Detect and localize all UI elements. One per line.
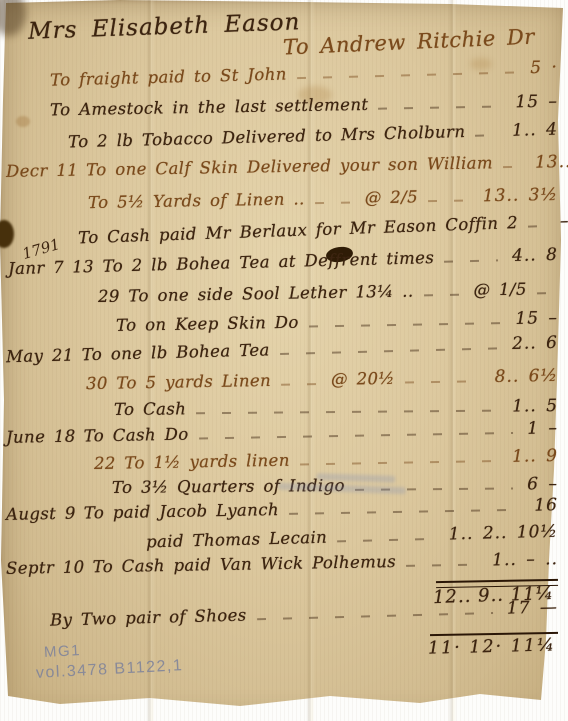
entry-amount: 5 · — [530, 57, 558, 78]
dash-leader — [196, 410, 498, 415]
entry-price: @ 1/5 — [473, 280, 527, 300]
entry-amount: 1.. 2.. 10½ — [449, 522, 559, 545]
ledger-row: To Cash 1.. 5 — [114, 396, 558, 420]
entry-text: To Cash paid Van Wick Polhemus — [92, 552, 396, 576]
credit-text: By Two pair of Shoes — [50, 606, 247, 630]
entry-amount: 8.. 6½ — [494, 366, 558, 387]
entry-amount: 13.. 3½ — [483, 185, 558, 206]
dash-leader — [378, 106, 501, 110]
entry-text: To paid Jacob Lyanch — [84, 500, 279, 522]
dash-leader — [199, 432, 514, 439]
entry-date: Janr 7 — [8, 258, 65, 278]
entry-amount: 1.. 9 — [512, 446, 558, 467]
entry-price: @ 20½ — [331, 369, 395, 389]
entry-amount: 1.. – .. — [492, 549, 558, 570]
entry-date: May 21 — [6, 345, 74, 366]
entry-text: 30 To 5 yards Linen — [86, 371, 271, 393]
archival-collection-note: MG1 — [44, 642, 82, 661]
entry-amount: 4.. 8 — [512, 245, 558, 266]
dash-leader — [309, 322, 502, 327]
entry-text: To one lb Bohea Tea — [82, 340, 270, 364]
credit-amount: 17 — — [507, 597, 559, 618]
dash-leader — [537, 292, 555, 294]
stamp-mark — [278, 483, 406, 494]
entry-text: 22 To 1½ yards linen — [94, 451, 290, 473]
entry-amount: 2.. 6 — [512, 333, 558, 354]
entry-text: To Cash — [114, 399, 186, 419]
dash-leader — [503, 166, 521, 168]
entry-date: June 18 — [6, 427, 76, 447]
dash-leader — [315, 201, 355, 204]
dash-leader — [444, 259, 498, 262]
dash-leader — [297, 71, 517, 79]
entry-amount: 1.. 5 — [512, 396, 558, 416]
entry-amount: 6 – — [527, 474, 558, 494]
entry-amount: 15 – — [515, 92, 558, 113]
ink-stamp-showthrough — [275, 468, 408, 511]
entry-price: @ 2/5 — [365, 187, 419, 207]
dash-leader — [406, 564, 478, 567]
entry-date: Decr 11 — [6, 161, 78, 181]
entry-amount: 1 – — [527, 418, 558, 439]
entry-date: Augst 9 — [6, 504, 76, 524]
dash-leader — [337, 538, 435, 543]
manuscript-scan: Mrs Elisabeth Eason To Andrew Ritchie Dr… — [0, 0, 568, 721]
entry-amount: – – — [560, 211, 568, 232]
dash-leader — [475, 134, 498, 137]
entry-text: To Cash Do — [84, 425, 189, 446]
stamp-mark — [316, 473, 395, 483]
entry-amount: 1.. 4 — [512, 120, 558, 141]
dash-leader — [424, 294, 464, 297]
entry-amount: 13.. 6 — [535, 152, 568, 173]
entry-text: 29 To one side Sool Lether 13¼ .. — [98, 282, 414, 307]
dash-leader — [281, 383, 321, 386]
entry-text: To on Keep Skin Do — [116, 313, 299, 335]
entry-date: Septr 10 — [6, 557, 85, 577]
dash-leader — [280, 347, 498, 355]
entry-text: To 5½ Yards of Linen .. — [88, 189, 305, 212]
dash-leader — [300, 460, 498, 465]
entry-amount: 15 – — [515, 308, 558, 329]
entry-amount: 16 — [534, 495, 558, 515]
dash-leader — [428, 199, 469, 202]
entry-text: paid Thomas Lecain — [146, 528, 328, 552]
dash-leader — [257, 612, 493, 620]
dash-leader — [528, 225, 546, 228]
balance-total: 11· 12· 11¼ — [428, 635, 557, 658]
dash-leader — [405, 380, 481, 383]
